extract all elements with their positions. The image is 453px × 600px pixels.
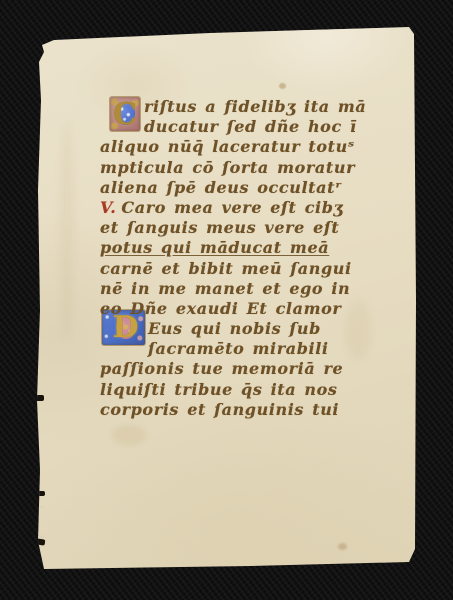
manuscript-text-line: ſacramēto mirabili: [100, 339, 342, 359]
line-text: corporis et ſanguinis tui: [100, 400, 339, 419]
line-text: aliquo nūq̄ laceratur totuˢ: [100, 137, 355, 156]
manuscript-text-line: Eus qui nobis ſub: [100, 319, 342, 339]
line-text: nē in me manet et ego in: [100, 279, 350, 298]
line-text: et ſanguis meus vere eſt: [100, 218, 339, 237]
sewing-hole: [36, 395, 44, 401]
line-text: Eus qui nobis ſub: [148, 319, 321, 338]
manuscript-leaf: C D riſtus a fidelibʒ ita māducatur ſed …: [0, 0, 453, 600]
manuscript-text-line: aliena ſpē deus occultatʳ: [100, 178, 342, 198]
manuscript-text-line: riſtus a fidelibʒ ita mā: [100, 97, 342, 117]
manuscript-text-line: paſſionis tue memoriā re: [100, 359, 342, 379]
photograph: { "photo": { "background_color": "#0d0d0…: [0, 0, 453, 600]
manuscript-text-block: riſtus a fidelibʒ ita māducatur ſed dñe …: [100, 97, 342, 420]
sewing-hole: [37, 491, 45, 496]
line-text: mpticula cō ſorta moratur: [100, 158, 355, 177]
manuscript-text-line: V.Caro mea vere eſt cibʒ: [100, 198, 342, 218]
parchment-stain: [60, 120, 74, 340]
manuscript-text-line: nē in me manet et ego in: [100, 279, 342, 299]
manuscript-text-line: aliquo nūq̄ laceratur totuˢ: [100, 137, 342, 157]
line-text: carnē et bibit meū ſangui: [100, 259, 352, 278]
line-text: ſacramēto mirabili: [148, 339, 329, 358]
manuscript-text-line: et ſanguis meus vere eſt: [100, 218, 342, 238]
line-text: liquiſti tribue q̄s ita nos: [100, 380, 338, 399]
manuscript-text-line: ducatur ſed dñe hoc ī: [100, 117, 342, 137]
parchment-stain: [345, 300, 371, 360]
sewing-hole: [36, 538, 46, 545]
line-text: aliena ſpē deus occultatʳ: [100, 178, 342, 197]
manuscript-text-line: potus qui māducat meā: [100, 238, 342, 258]
line-text: Caro mea vere eſt cibʒ: [121, 198, 343, 217]
manuscript-text-line: liquiſti tribue q̄s ita nos: [100, 380, 342, 400]
versicle-mark: V.: [100, 198, 121, 217]
line-text: riſtus a fidelibʒ ita mā: [144, 97, 366, 116]
parchment-stain: [338, 543, 347, 550]
line-text: eo Dñe exaudi Et clamor: [100, 299, 341, 318]
line-text: ducatur ſed dñe hoc ī: [144, 117, 357, 136]
parchment-stain: [112, 425, 146, 445]
manuscript-text-line: carnē et bibit meū ſangui: [100, 259, 342, 279]
parchment-stain: [279, 83, 286, 89]
manuscript-text-line: corporis et ſanguinis tui: [100, 400, 342, 420]
line-text: potus qui māducat meā: [100, 238, 329, 257]
manuscript-text-line: mpticula cō ſorta moratur: [100, 158, 342, 178]
line-text: paſſionis tue memoriā re: [100, 359, 343, 378]
sewing-thread: [29, 506, 44, 538]
manuscript-text-line: eo Dñe exaudi Et clamor: [100, 299, 342, 319]
